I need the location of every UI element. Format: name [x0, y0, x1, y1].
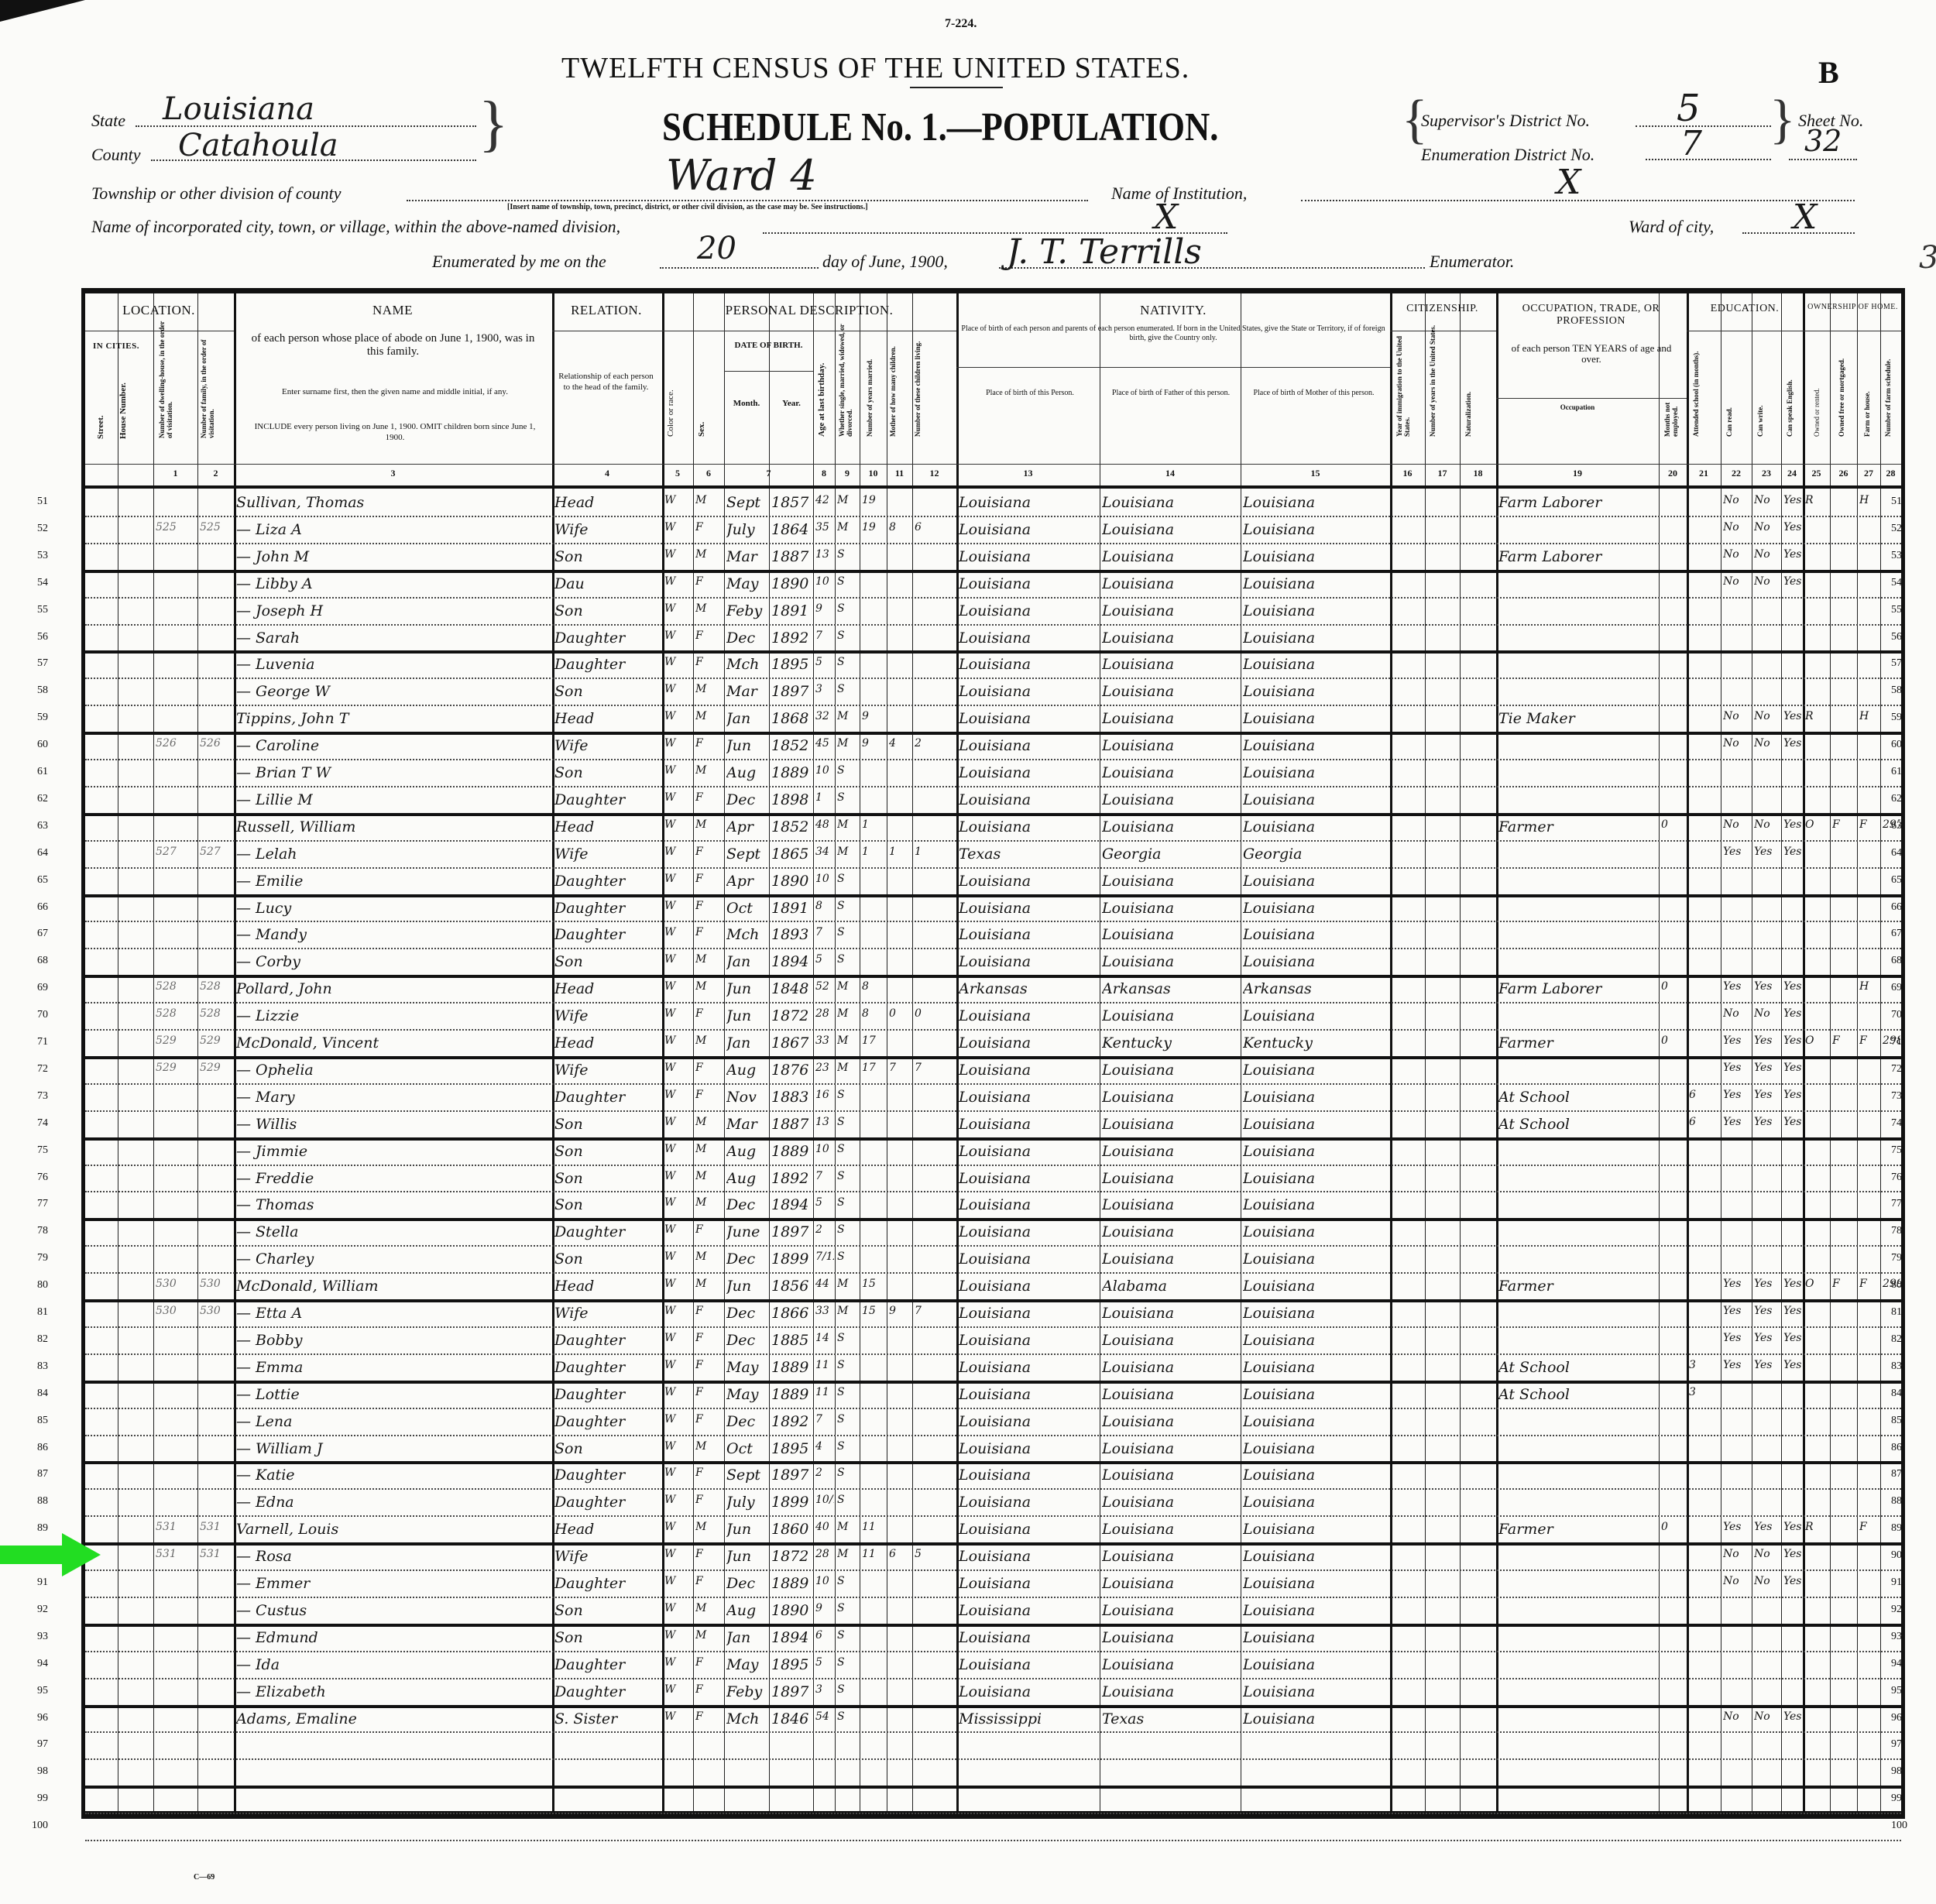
column-number: 20 [1659, 468, 1687, 479]
sheet-value: 32 [1804, 124, 1842, 158]
cell-year: 1890 [771, 575, 812, 592]
vheader-can-speak: Can speak English. [1785, 340, 1794, 437]
cell-month: Dec [726, 1413, 768, 1430]
cell-year: 1865 [771, 846, 812, 863]
cell-name: — Lizzie [236, 1007, 551, 1024]
line-number-right: 87 [1891, 1468, 1922, 1480]
cell-month: Jun [726, 1521, 768, 1538]
sheet-letter: B [1818, 54, 1839, 91]
cell-age: 5 [815, 1656, 834, 1669]
cell-month: Sept [726, 1467, 768, 1484]
cell-read: Yes [1723, 1116, 1751, 1128]
cell-pob-mother: Louisiana [1243, 1116, 1389, 1133]
enumerated-day: 20 [697, 231, 736, 266]
cell-year: 1898 [771, 791, 812, 808]
cell-age: 13 [815, 1116, 834, 1128]
line-number-right: 80 [1891, 1279, 1922, 1292]
cell-living: 7 [915, 1305, 956, 1317]
column-number: 26 [1830, 468, 1857, 479]
cell-marital: M [837, 737, 859, 750]
cell-pob: Louisiana [959, 1034, 1099, 1051]
cell-sex: M [695, 1143, 723, 1155]
cell-color: W [664, 764, 692, 777]
cell-yrs-married: 1 [862, 846, 886, 858]
cell-write: Yes [1754, 1089, 1780, 1101]
column-number: 1 [153, 468, 197, 479]
vheader-free-mortgaged: Owned free or mortgaged. [1837, 317, 1846, 437]
cell-age: 11 [815, 1386, 834, 1398]
cell-relation: Head [554, 980, 661, 997]
cell-write: No [1754, 1575, 1780, 1587]
cell-living: 6 [915, 521, 956, 533]
line-number-right: 61 [1891, 766, 1922, 778]
cell-yrs-married: 9 [862, 710, 886, 722]
cell-english: Yes [1783, 1575, 1802, 1587]
line-number-right: 66 [1891, 901, 1922, 914]
cell-relation: Daughter [554, 1359, 661, 1376]
cell-color: W [664, 521, 692, 533]
cell-marital: S [837, 873, 859, 885]
line-number-left: 72 [17, 1063, 48, 1076]
line-number-left: 54 [17, 577, 48, 589]
cell-sex: M [695, 980, 723, 993]
cell-age: 1 [815, 791, 834, 804]
cell-pob-father: Louisiana [1102, 1116, 1240, 1133]
cell-name: — Lucy [236, 900, 551, 917]
cell-name: — Libby A [236, 575, 551, 592]
header-year: Year. [769, 398, 814, 409]
cell-month: Feby [726, 1683, 768, 1700]
cell-write: No [1754, 521, 1780, 533]
cell-age: 28 [815, 1007, 834, 1020]
cell-dwelling: 529 [156, 1062, 197, 1074]
cell-read: Yes [1723, 1332, 1751, 1344]
line-number-left: 99 [17, 1793, 48, 1805]
cell-sex: M [695, 1440, 723, 1453]
line-number-right: 73 [1891, 1090, 1922, 1103]
cell-age: 10/12 [815, 1494, 834, 1506]
table-row: — ThomasSonWMDec18945SLouisianaLouisiana… [85, 1191, 1901, 1218]
cell-month: July [726, 521, 768, 538]
cell-pob-mother: Louisiana [1243, 818, 1389, 835]
enumeration-line [1646, 159, 1771, 160]
cell-name: McDonald, William [236, 1278, 551, 1295]
cell-relation: Dau [554, 575, 661, 592]
cell-year: 1887 [771, 1116, 812, 1133]
cell-age: 54 [815, 1710, 834, 1723]
line-number-right: 52 [1891, 523, 1922, 535]
cell-pob: Louisiana [959, 656, 1099, 673]
cell-marital: S [837, 1196, 859, 1209]
cell-year: 1895 [771, 1656, 812, 1673]
cell-farm: F [1859, 818, 1879, 831]
cell-english: Yes [1783, 1521, 1802, 1533]
cell-school: 3 [1689, 1359, 1720, 1371]
vheader-years-married: Number of years married. [865, 321, 874, 437]
cell-living: 2 [915, 737, 956, 750]
cell-month: Apr [726, 873, 768, 890]
header-nativity: NATIVITY. [956, 303, 1390, 318]
cell-sex: F [695, 1223, 723, 1236]
table-row: 531531Varnell, LouisHeadWMJun186040M11Lo… [85, 1515, 1901, 1542]
line-number-right: 94 [1891, 1658, 1922, 1670]
line-number-right: 96 [1891, 1712, 1922, 1724]
cell-color: W [664, 1413, 692, 1425]
cell-unemployed: 0 [1661, 980, 1686, 993]
cell-relation: Daughter [554, 873, 661, 890]
cell-year: 1852 [771, 818, 812, 835]
table-row: 531531— RosaWifeWFJun187228M1165Louisian… [85, 1542, 1901, 1570]
cell-pob-mother: Louisiana [1243, 1521, 1389, 1538]
cell-month: Jun [726, 1548, 768, 1565]
cell-relation: Wife [554, 1548, 661, 1565]
cell-pob-mother: Louisiana [1243, 873, 1389, 890]
cell-name: — Caroline [236, 737, 551, 754]
vheader-sex: Sex. [697, 410, 706, 437]
cell-month: June [726, 1223, 768, 1240]
cell-year: 1867 [771, 1034, 812, 1051]
cell-dwelling: 525 [156, 521, 197, 533]
column-number: 19 [1496, 468, 1659, 479]
table-row: — KatieDaughterWFSept18972SLouisianaLoui… [85, 1461, 1901, 1488]
cell-relation: Wife [554, 846, 661, 863]
cell-pob-mother: Louisiana [1243, 683, 1389, 700]
cell-pob: Louisiana [959, 521, 1099, 538]
cell-month: Sept [726, 494, 768, 511]
header-ownership: OWNERSHIP OF HOME. [1804, 303, 1901, 311]
line-number-left: 69 [17, 982, 48, 994]
cell-year: 1893 [771, 926, 812, 943]
column-number: 6 [693, 468, 724, 479]
column-number: 28 [1880, 468, 1901, 479]
cell-relation: Son [554, 1602, 661, 1619]
vheader-naturalization: Naturalization. [1464, 355, 1473, 437]
vheader-mother-of: Mother of how many children. [889, 321, 906, 437]
cell-relation: Son [554, 683, 661, 700]
cell-name: — Elizabeth [236, 1683, 551, 1700]
cell-sex: F [695, 873, 723, 885]
cell-pob-mother: Louisiana [1243, 1170, 1389, 1187]
cell-marital: S [837, 683, 859, 695]
enumeration-label: Enumeration District No. [1421, 145, 1594, 165]
header-divider [724, 371, 813, 372]
cell-write: No [1754, 494, 1780, 506]
cell-relation: Son [554, 1440, 661, 1457]
line-number-left: 100 [17, 1820, 48, 1832]
cell-relation: Wife [554, 1007, 661, 1024]
cell-color: W [664, 791, 692, 804]
cell-sex: M [695, 494, 723, 506]
cell-pob-father: Louisiana [1102, 1007, 1240, 1024]
cell-pob: Louisiana [959, 548, 1099, 565]
vheader-street: Street. [96, 377, 105, 439]
cell-occupation: At School [1498, 1386, 1658, 1403]
cell-pob: Louisiana [959, 602, 1099, 619]
cell-pob-father: Louisiana [1102, 764, 1240, 781]
cell-read: Yes [1723, 1034, 1751, 1047]
line-number-left: 75 [17, 1144, 48, 1157]
table-row: Sullivan, ThomasHeadWMSept185742M19Louis… [85, 489, 1901, 516]
cell-marital: M [837, 1278, 859, 1290]
cell-sex: F [695, 1494, 723, 1506]
cell-year: 1876 [771, 1062, 812, 1079]
cell-read: Yes [1723, 1278, 1751, 1290]
cell-mother-of: 8 [889, 521, 911, 533]
header-divider [1390, 331, 1496, 331]
line-number-right: 51 [1891, 496, 1922, 508]
cell-color: W [664, 900, 692, 912]
cell-owned: R [1805, 710, 1829, 722]
cell-color: W [664, 1575, 692, 1587]
cell-color: W [664, 1116, 692, 1128]
cell-color: W [664, 1332, 692, 1344]
line-number-right: 60 [1891, 739, 1922, 751]
line-number-right: 81 [1891, 1306, 1922, 1319]
cell-read: Yes [1723, 980, 1751, 993]
table-row: 530530McDonald, WilliamHeadWMJun185644M1… [85, 1272, 1901, 1299]
cell-family: 529 [200, 1034, 233, 1047]
cell-year: 1856 [771, 1278, 812, 1295]
cell-pob-mother: Louisiana [1243, 1629, 1389, 1646]
table-row: — LottieDaughterWFMay188911SLouisianaLou… [85, 1381, 1901, 1408]
cell-pob-father: Louisiana [1102, 1332, 1240, 1349]
cell-read: No [1723, 521, 1751, 533]
line-number-left: 86 [17, 1442, 48, 1454]
cell-occupation: Tie Maker [1498, 710, 1658, 727]
cell-mother-of: 6 [889, 1548, 911, 1560]
cell-marital: M [837, 521, 859, 533]
cell-pob-father: Louisiana [1102, 1223, 1240, 1240]
cell-color: W [664, 494, 692, 506]
cell-age: 34 [815, 846, 834, 858]
line-number-left: 55 [17, 604, 48, 616]
cell-month: Dec [726, 1332, 768, 1349]
cell-marital: M [837, 1521, 859, 1533]
cell-pob: Louisiana [959, 1062, 1099, 1079]
cell-yrs-married: 15 [862, 1305, 886, 1317]
cell-month: Dec [726, 630, 768, 647]
margin-mark: 3 [1919, 240, 1936, 276]
line-number-right: 93 [1891, 1631, 1922, 1643]
cell-age: 10 [815, 764, 834, 777]
cell-age: 3 [815, 683, 834, 695]
cell-pob: Louisiana [959, 1250, 1099, 1268]
header-divider [1496, 398, 1687, 399]
cell-english: Yes [1783, 1305, 1802, 1317]
name-description: of each person whose place of abode on J… [244, 332, 542, 359]
cell-family: 529 [200, 1062, 233, 1074]
cell-marital: M [837, 980, 859, 993]
cell-pob: Louisiana [959, 1440, 1099, 1457]
line-number-right: 59 [1891, 712, 1922, 724]
row-divider [85, 1840, 1901, 1841]
cell-year: 1897 [771, 1683, 812, 1700]
cell-age: 7 [815, 1413, 834, 1425]
header-pob-mother: Place of birth of Mother of this person. [1242, 388, 1385, 399]
cell-pob-mother: Louisiana [1243, 1656, 1389, 1673]
cell-yrs-married: 19 [862, 521, 886, 533]
cell-marital: S [837, 1602, 859, 1614]
table-row: — WillisSonWMMar188713SLouisianaLouisian… [85, 1110, 1901, 1137]
cell-color: W [664, 656, 692, 668]
cell-sex: F [695, 1467, 723, 1479]
table-row: — SarahDaughterWFDec18927SLouisianaLouis… [85, 624, 1901, 651]
cell-color: W [664, 1143, 692, 1155]
cell-pob-father: Louisiana [1102, 1683, 1240, 1700]
line-number-left: 83 [17, 1360, 48, 1373]
cell-sex: F [695, 1062, 723, 1074]
cell-name: — Katie [236, 1467, 551, 1484]
cell-english: Yes [1783, 1278, 1802, 1290]
line-number-left: 80 [17, 1279, 48, 1292]
cell-marital: S [837, 926, 859, 938]
table-row: — LuveniaDaughterWFMch18955SLouisianaLou… [85, 650, 1901, 678]
cell-pob-father: Louisiana [1102, 1575, 1240, 1592]
cell-month: Aug [726, 1602, 768, 1619]
cell-pob-father: Louisiana [1102, 1386, 1240, 1403]
cell-marital: S [837, 1170, 859, 1182]
cell-month: Feby [726, 602, 768, 619]
cell-marital: S [837, 1467, 859, 1479]
line-number-left: 67 [17, 928, 48, 940]
table-row: — BobbyDaughterWFDec188514SLouisianaLoui… [85, 1326, 1901, 1353]
header-month: Month. [724, 398, 769, 409]
cell-age: 32 [815, 710, 834, 722]
line-number-left: 87 [17, 1468, 48, 1480]
cell-age: 10 [815, 873, 834, 885]
cell-color: W [664, 1170, 692, 1182]
cell-marital: S [837, 1332, 859, 1344]
cell-sex: F [695, 926, 723, 938]
cell-pob-father: Arkansas [1102, 980, 1240, 997]
cell-relation: Daughter [554, 791, 661, 808]
cell-pob-mother: Georgia [1243, 846, 1389, 863]
brace: } [1770, 89, 1796, 151]
cell-family: 531 [200, 1521, 233, 1533]
cell-marital: M [837, 494, 859, 506]
cell-yrs-married: 8 [862, 1007, 886, 1020]
line-number-right: 82 [1891, 1333, 1922, 1346]
cell-pob-mother: Louisiana [1243, 1602, 1389, 1619]
cell-month: May [726, 575, 768, 592]
cell-occupation: Farm Laborer [1498, 494, 1658, 511]
cell-color: W [664, 1656, 692, 1669]
cell-read: No [1723, 818, 1751, 831]
cell-english: Yes [1783, 1332, 1802, 1344]
cell-marital: M [837, 1034, 859, 1047]
cell-occupation: Farmer [1498, 818, 1658, 835]
cell-age: 9 [815, 602, 834, 615]
cell-pob-mother: Louisiana [1243, 1440, 1389, 1457]
cell-dwelling: 531 [156, 1521, 197, 1533]
township-value: Ward 4 [666, 151, 817, 200]
cell-pob: Louisiana [959, 1494, 1099, 1511]
cell-age: 9 [815, 1602, 834, 1614]
cell-color: W [664, 1089, 692, 1101]
line-number-left: 82 [17, 1333, 48, 1346]
table-row: Adams, EmalineS. SisterWFMch184654SMissi… [85, 1705, 1901, 1732]
header-relation: RELATION. [552, 303, 661, 318]
line-number-right: 75 [1891, 1144, 1922, 1157]
line-number-left: 97 [17, 1738, 48, 1751]
cell-pob-father: Louisiana [1102, 926, 1240, 943]
line-number-right: 76 [1891, 1172, 1922, 1184]
line-number-left: 96 [17, 1712, 48, 1724]
cell-pob-mother: Louisiana [1243, 1359, 1389, 1376]
line-number-left: 74 [17, 1117, 48, 1130]
cell-marital: S [837, 602, 859, 615]
table-row: — CorbySonWMJan18945SLouisianaLouisianaL… [85, 948, 1901, 975]
cell-living: 1 [915, 846, 956, 858]
line-number-left: 84 [17, 1388, 48, 1400]
cell-occupation: Farmer [1498, 1034, 1658, 1051]
cell-color: W [664, 1223, 692, 1236]
cell-age: 33 [815, 1305, 834, 1317]
cell-pob: Louisiana [959, 873, 1099, 890]
state-label: State [91, 111, 125, 131]
cell-relation: Daughter [554, 1683, 661, 1700]
line-number-right: 97 [1891, 1738, 1922, 1751]
vheader-owned-rented: Owned or rented. [1812, 355, 1821, 437]
cell-name: — Emma [236, 1359, 551, 1376]
header-pob-person: Place of birth of this Person. [960, 388, 1100, 399]
cell-occupation: Farmer [1498, 1278, 1658, 1295]
enumeration-value: 7 [1680, 124, 1702, 163]
cell-unemployed: 0 [1661, 818, 1686, 831]
line-number-left: 81 [17, 1306, 48, 1319]
table-row: — LenaDaughterWFDec18927SLouisianaLouisi… [85, 1408, 1901, 1435]
cell-relation: Son [554, 764, 661, 781]
cell-month: Jun [726, 737, 768, 754]
cell-pob: Louisiana [959, 1359, 1099, 1376]
cell-marital: S [837, 1089, 859, 1101]
cell-age: 5 [815, 656, 834, 668]
form-number: 7-224. [945, 17, 977, 31]
cell-occupation: At School [1498, 1089, 1658, 1106]
cell-sex: F [695, 521, 723, 533]
cell-english: Yes [1783, 710, 1802, 722]
cell-pob-mother: Louisiana [1243, 1062, 1389, 1079]
line-number-right: 70 [1891, 1009, 1922, 1021]
cell-sex: F [695, 575, 723, 588]
cell-pob-father: Louisiana [1102, 1521, 1240, 1538]
enumerated-prefix: Enumerated by me on the [432, 252, 606, 272]
header-divider [552, 331, 662, 331]
cell-year: 1889 [771, 1386, 812, 1403]
cell-relation: Daughter [554, 900, 661, 917]
line-number-right: 88 [1891, 1495, 1922, 1508]
cell-sex: F [695, 656, 723, 668]
vheader-attended-school: Attended school (in months). [1692, 324, 1709, 437]
cell-year: 1890 [771, 1602, 812, 1619]
cell-color: W [664, 1683, 692, 1696]
cell-english: Yes [1783, 1034, 1802, 1047]
township-line [407, 200, 1088, 201]
cell-year: 1895 [771, 1440, 812, 1457]
cell-pob-father: Louisiana [1102, 1467, 1240, 1484]
cell-relation: Daughter [554, 1089, 661, 1106]
cell-month: May [726, 1656, 768, 1673]
cell-english: Yes [1783, 1062, 1802, 1074]
cell-relation: Son [554, 1250, 661, 1268]
cell-write: Yes [1754, 1521, 1780, 1533]
institution-label: Name of Institution, [1111, 184, 1247, 204]
table-row: — John MSonWMMar188713SLouisianaLouisian… [85, 543, 1901, 570]
cell-english: Yes [1783, 575, 1802, 588]
cell-relation: Son [554, 953, 661, 970]
column-number: 3 [234, 468, 552, 479]
cell-color: W [664, 1062, 692, 1074]
